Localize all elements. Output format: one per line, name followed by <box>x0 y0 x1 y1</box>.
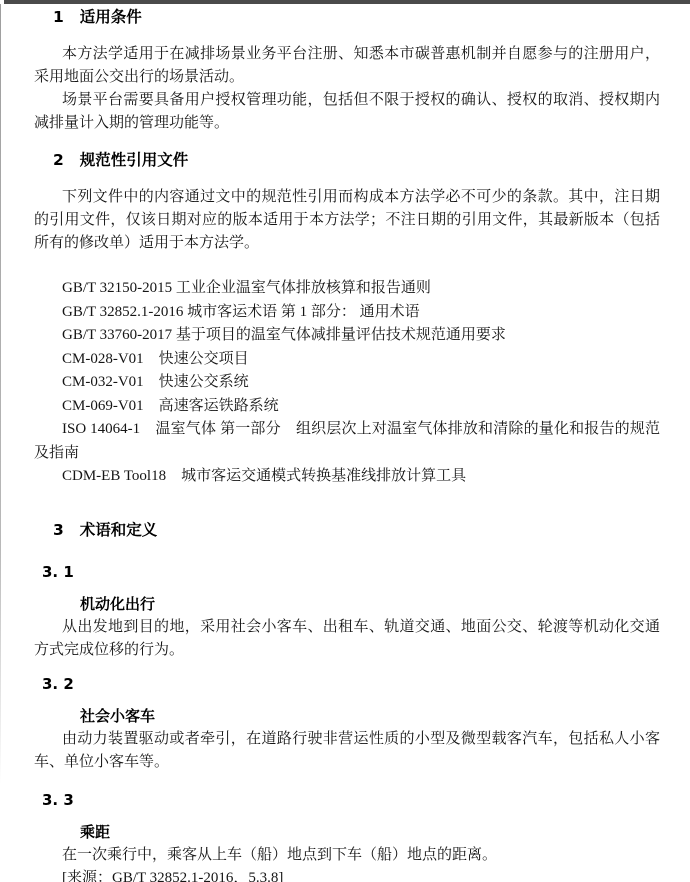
reference-item: GB/T 33760-2017 基于项目的温室气体减排量评估技术规范通用要求 <box>34 324 660 348</box>
term-definition: 在一次乘行中，乘客从上车（船）地点到下车（船）地点的距离。 <box>34 844 660 867</box>
section-number: 1 <box>53 6 64 29</box>
section-normative-references: 2规范性引用文件 下列文件中的内容通过文中的规范性引用而构成本方法学必不可少的条… <box>34 149 660 489</box>
term-definition: 由动力装置驱动或者牵引，在道路行驶非营运性质的小型及微型载客汽车，包括私人小客车… <box>34 728 660 774</box>
reference-item: ISO 14064-1 温室气体 第一部分 组织层次上对温室气体排放和清除的量化… <box>34 418 660 465</box>
document-page: 1适用条件 本方法学适用于在减排场景业务平台注册、知悉本市碳普惠机制并自愿参与的… <box>0 0 690 882</box>
paragraph: 本方法学适用于在减排场景业务平台注册、知悉本市碳普惠机制并自愿参与的注册用户，采… <box>34 43 660 89</box>
document-content: 1适用条件 本方法学适用于在减排场景业务平台注册、知悉本市碳普惠机制并自愿参与的… <box>0 0 690 882</box>
reference-item: CM-028-V01 快速公交项目 <box>34 348 660 372</box>
reference-item: GB/T 32852.1-2016 城市客运术语 第 1 部分： 通用术语 <box>34 301 660 325</box>
section-applicable-conditions: 1适用条件 本方法学适用于在减排场景业务平台注册、知悉本市碳普惠机制并自愿参与的… <box>34 6 660 135</box>
section-title: 术语和定义 <box>80 521 158 539</box>
reference-item: CM-032-V01 快速公交系统 <box>34 371 660 395</box>
term-number: 3. 3 <box>34 789 660 812</box>
reference-item: CDM-EB Tool18 城市客运交通模式转换基准线排放计算工具 <box>34 465 660 489</box>
section-body: 下列文件中的内容通过文中的规范性引用而构成本方法学必不可少的条款。其中，注日期的… <box>34 186 660 255</box>
term-name: 机动化出行 <box>34 593 660 616</box>
section-heading: 3术语和定义 <box>34 519 660 542</box>
section-number: 2 <box>53 149 64 172</box>
section-title: 规范性引用文件 <box>80 151 189 169</box>
term-private-passenger-car: 3. 2 社会小客车 由动力装置驱动或者牵引，在道路行驶非营运性质的小型及微型载… <box>34 673 660 774</box>
term-number: 3. 1 <box>34 561 660 584</box>
term-name: 乘距 <box>34 821 660 844</box>
reference-list: GB/T 32150-2015 工业企业温室气体排放核算和报告通则 GB/T 3… <box>34 277 660 489</box>
term-number: 3. 2 <box>34 673 660 696</box>
section-heading: 1适用条件 <box>34 6 660 29</box>
section-title: 适用条件 <box>80 8 142 26</box>
term-motorized-travel: 3. 1 机动化出行 从出发地到目的地，采用社会小客车、出租车、轨道交通、地面公… <box>34 561 660 662</box>
section-number: 3 <box>53 519 64 542</box>
term-name: 社会小客车 <box>34 705 660 728</box>
reference-item: CM-069-V01 高速客运铁路系统 <box>34 395 660 419</box>
section-heading: 2规范性引用文件 <box>34 149 660 172</box>
term-source-citation: [来源：GB/T 32852.1-2016，5.3.8] <box>34 867 660 882</box>
paragraph: 下列文件中的内容通过文中的规范性引用而构成本方法学必不可少的条款。其中，注日期的… <box>34 186 660 255</box>
term-ride-distance: 3. 3 乘距 在一次乘行中，乘客从上车（船）地点到下车（船）地点的距离。 [来… <box>34 789 660 882</box>
section-body: 本方法学适用于在减排场景业务平台注册、知悉本市碳普惠机制并自愿参与的注册用户，采… <box>34 43 660 135</box>
term-definition: 从出发地到目的地，采用社会小客车、出租车、轨道交通、地面公交、轮渡等机动化交通方… <box>34 616 660 662</box>
section-terms-and-definitions: 3术语和定义 3. 1 机动化出行 从出发地到目的地，采用社会小客车、出租车、轨… <box>34 519 660 882</box>
reference-item: GB/T 32150-2015 工业企业温室气体排放核算和报告通则 <box>34 277 660 301</box>
paragraph: 场景平台需要具备用户授权管理功能，包括但不限于授权的确认、授权的取消、授权期内减… <box>34 89 660 135</box>
